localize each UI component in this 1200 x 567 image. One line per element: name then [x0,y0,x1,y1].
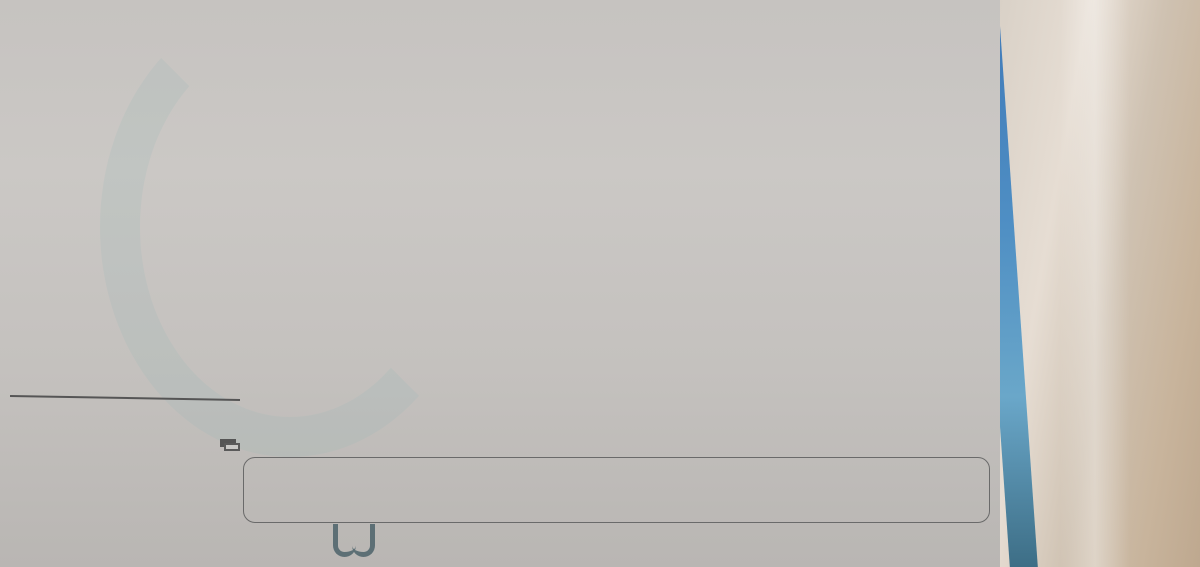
lab-header [325,527,375,559]
section-title [224,443,240,451]
lab-report-paper [0,0,1000,567]
plastic-sleeve [1060,0,1130,567]
lab-logo-icon [333,527,375,559]
watermark-logo [100,0,480,457]
patient-info-box [243,457,990,523]
